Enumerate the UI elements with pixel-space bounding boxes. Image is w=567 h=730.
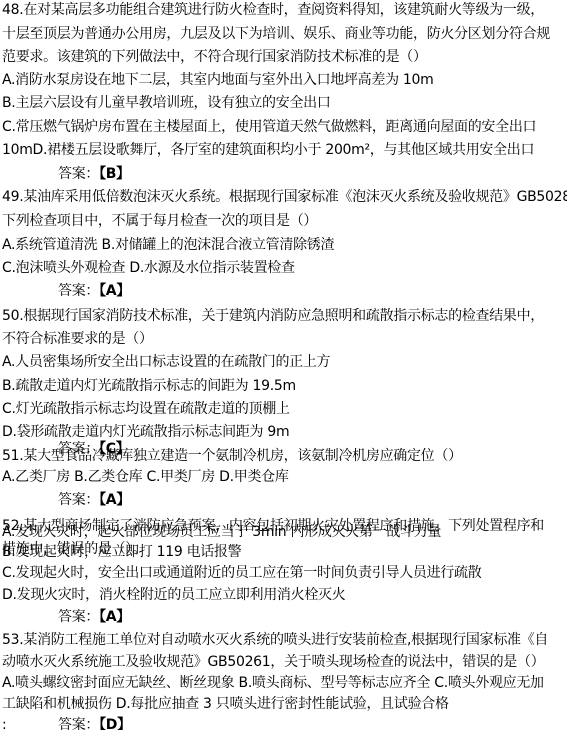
question-52-option-d: D.发现火灾时，消火栓附近的员工应立即利用消火栓灭火 (2, 586, 345, 604)
question-53-options-line-2: 工缺陷和机械损伤 D.每批应抽查 3 只喷头进行密封性能试验，且试验合格 (2, 695, 449, 713)
answer-label: 答案： (58, 609, 99, 625)
question-48-answer: 答案：【B】 (58, 165, 130, 183)
question-52-option-c: C.发现起火时，安全出口或通道附近的员工应在第一时间负责引导人员进行疏散 (2, 564, 481, 582)
question-51-options: A.乙类厂房 B.乙类仓库 C.甲类厂房 D.甲类仓库 (2, 468, 289, 486)
question-50-option-a: A.人员密集场所安全出口标志设置的在疏散门的正上方 (2, 353, 330, 371)
question-53-options-line-1: A.喷头螺纹密封面应无缺丝、断丝现象 B.喷头商标、型号等标志应齐全 C.喷头外… (2, 674, 544, 692)
answer-value: 【A】 (99, 609, 130, 625)
question-53-answer-prefix: : (2, 716, 6, 730)
question-50-option-d: D.袋形疏散走道内灯光疏散指示标志间距为 9m (2, 423, 289, 441)
answer-label: 答案： (58, 283, 99, 299)
question-51-line-1: 51.某大型食品冷藏库独立建造一个氨制冷机房，该氨制冷机房应确定位（） (2, 447, 462, 465)
question-53-line-2: 动喷水灭火系统施工及验收规范》GB50261，关于喷头现场检查的说法中，错误的是… (2, 653, 544, 671)
question-48-line-1: 48.在对某高层多功能组合建筑进行防火检查时，查阅资料得知，该建筑耐火等级为一级… (2, 1, 544, 19)
question-48-line-3: 范要求。该建筑的下列做法中，不符合现行国家消防技术标准的是（） (2, 48, 427, 66)
answer-value: 【D】 (99, 717, 131, 730)
answer-value: 【A】 (99, 283, 130, 299)
question-48-option-d: 10mD.裙楼五层设歌舞厅，各厅室的建筑面积均小于 200m²，与其他区域共用安… (2, 141, 534, 159)
answer-label: 答案： (58, 166, 99, 182)
question-50-line-2: 不符合标准要求的是（） (2, 330, 153, 348)
question-49-answer: 答案：【A】 (58, 282, 130, 300)
question-52-option-a: A.发现火灾时，起火部位现场员工应当于 3min 内形成灭火第一战斗力量 (2, 523, 441, 541)
answer-value: 【A】 (99, 492, 130, 508)
question-48-option-c: C.常压燃气锅炉房布置在主楼屋面上，使用管道天然气做燃料，距离通向屋面的安全出口 (2, 118, 536, 136)
question-50-line-1: 50.根据现行国家消防技术标准，关于建筑内消防应急照明和疏散指示标志的检查结果中… (2, 307, 544, 325)
question-53-line-1: 53.某消防工程施工单位对自动喷水灭火系统的喷头进行安装前检查,根据现行国家标准… (2, 631, 548, 649)
question-52-answer: 答案：【A】 (58, 608, 130, 626)
question-49-options-cd: C.泡沫喷头外观检查 D.水源及水位指示装置检查 (2, 259, 295, 277)
answer-label: 答案： (58, 492, 99, 508)
question-48-line-2: 十层至顶层为普通办公用房，九层及以下为培训、娱乐、商业等功能，防火分区划分符合规 (2, 25, 550, 43)
answer-value: 【B】 (99, 166, 130, 182)
question-53-answer: 答案：【D】 (58, 716, 131, 730)
question-51-answer: 答案：【A】 (58, 491, 130, 509)
question-49-line-2: 下列检查项目中，不属于每月检查一次的项目是（） (2, 212, 317, 230)
question-48-option-b: B.主层六层设有儿童早教培训班，设有独立的安全出口 (2, 94, 331, 112)
question-52-option-b: B.发现起火时，应立即打 119 电话报警 (2, 543, 241, 561)
answer-label: 答案： (58, 717, 99, 730)
question-50-option-b: B.疏散走道内灯光疏散指示标志的间距为 19.5m (2, 377, 296, 395)
question-49-line-1: 49.某油库采用低倍数泡沫灭火系统。根据现行国家标准《泡沫灭火系统及验收规范》G… (2, 188, 567, 206)
question-48-option-a: A.消防水泵房设在地下二层，其室内地面与室外出入口地坪高差为 10m (2, 71, 433, 89)
question-49-options-ab: A.系统管道清洗 B.对储罐上的泡沫混合液立管清除锈渣 (2, 236, 334, 254)
question-50-option-c: C.灯光疏散指示标志均设置在疏散走道的顶棚上 (2, 400, 290, 418)
